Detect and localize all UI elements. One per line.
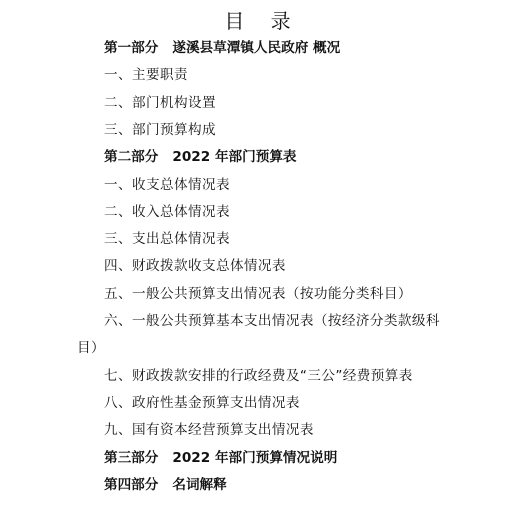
toc-item: 九、国有资本经营预算支出情况表 (104, 417, 314, 444)
toc-item: 四、财政拨款收支总体情况表 (104, 253, 286, 280)
toc-item: 七、财政拨款安排的行政经费及“三公”经费预算表 (104, 363, 413, 390)
toc-title: 目 录 (0, 8, 515, 34)
toc-part-3: 第三部分2022 年部门预算情况说明 (104, 445, 337, 472)
toc-part-2: 第二部分2022 年部门预算表 (104, 144, 297, 171)
toc-item: 二、收入总体情况表 (104, 199, 230, 226)
toc-item: 三、支出总体情况表 (104, 226, 230, 253)
toc-part-4: 第四部分名词解释 (104, 472, 227, 499)
toc-item: 三、部门预算构成 (104, 117, 216, 144)
toc-item: 八、政府性基金预算支出情况表 (104, 390, 300, 417)
part-title: 2022 年部门预算表 (172, 149, 296, 165)
toc-item: 六、一般公共预算基本支出情况表（按经济分类款级科 (104, 308, 440, 335)
toc-item: 五、一般公共预算支出情况表（按功能分类科目） (104, 281, 412, 308)
part-title: 遂溪县草潭镇人民政府 概况 (172, 40, 340, 56)
toc-item: 一、收支总体情况表 (104, 172, 230, 199)
toc-item: 二、部门机构设置 (104, 90, 216, 117)
part-label: 第二部分 (104, 149, 158, 165)
part-label: 第四部分 (104, 477, 158, 493)
part-label: 第一部分 (104, 40, 158, 56)
toc-item: 一、主要职责 (104, 62, 188, 89)
part-label: 第三部分 (104, 450, 158, 466)
toc-item-continuation: 目） (77, 335, 105, 362)
toc-part-1: 第一部分遂溪县草潭镇人民政府 概况 (104, 35, 340, 62)
part-title: 名词解释 (172, 477, 226, 493)
part-title: 2022 年部门预算情况说明 (172, 450, 337, 466)
